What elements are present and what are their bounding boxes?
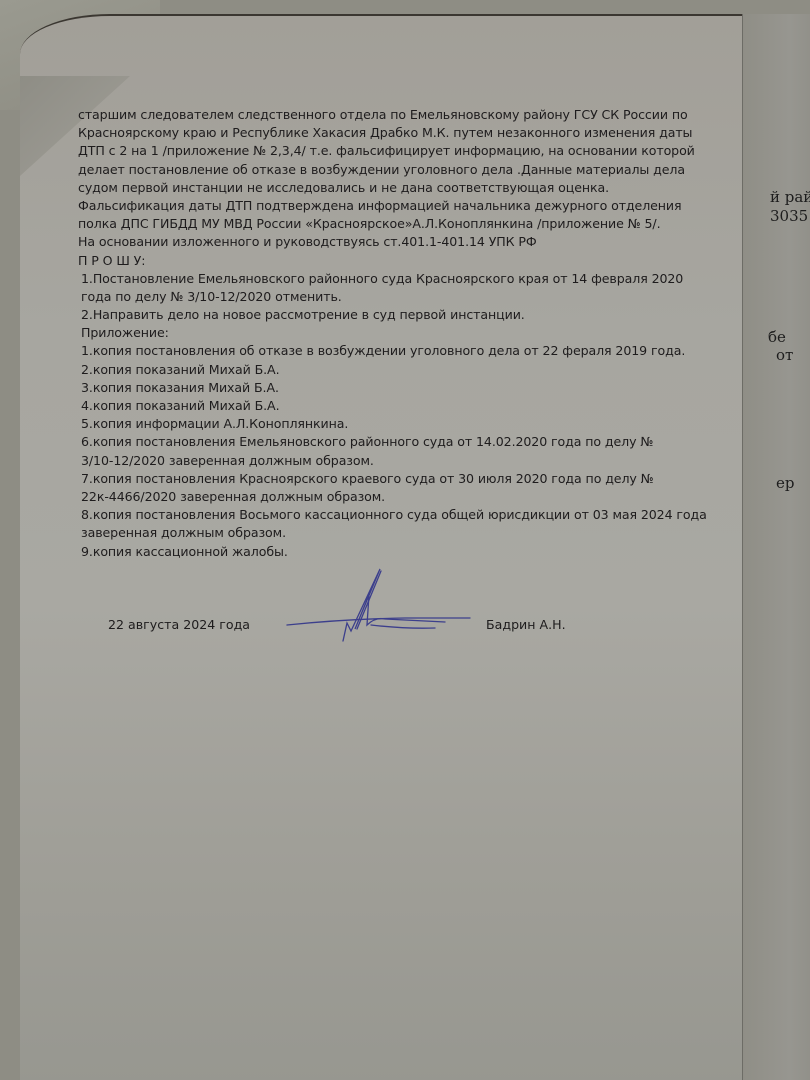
body-line: старшим следователем следственного отдел…	[78, 106, 738, 124]
body-line: делает постановление об отказе в возбужд…	[78, 161, 738, 179]
attachment-item: 1.копия постановления об отказе в возбуж…	[78, 342, 738, 360]
attachment-item: 7.копия постановления Красноярского крае…	[78, 470, 738, 488]
signatory-name: Бадрин А.Н.	[486, 617, 566, 632]
request-heading: П Р О Ш У:	[78, 252, 738, 270]
back-page-fragment: й рай	[770, 188, 810, 206]
body-line: ДТП с 2 на 1 /приложение № 2,3,4/ т.е. ф…	[78, 142, 738, 160]
attachment-item: 3.копия показания Михай Б.А.	[78, 379, 738, 397]
attachment-item: 2.копия показаний Михай Б.А.	[78, 361, 738, 379]
attachment-item: 9.копия кассационной жалобы.	[78, 543, 738, 561]
back-page-fragment: ер	[776, 474, 794, 492]
handwritten-signature	[285, 567, 485, 647]
underlying-page: й рай 3035 бе от ер	[742, 14, 810, 1080]
document-date: 22 августа 2024 года	[108, 617, 250, 632]
attachment-item: 6.копия постановления Емельяновского рай…	[78, 433, 738, 451]
body-line: Красноярскому краю и Республике Хакасия …	[78, 124, 738, 142]
attachment-item: 8.копия постановления Восьмого кассацион…	[78, 506, 738, 524]
body-line: Фальсификация даты ДТП подтверждена инфо…	[78, 197, 738, 215]
attachment-item: заверенная должным образом.	[78, 524, 738, 542]
attachment-item: 3/10-12/2020 заверенная должным образом.	[78, 452, 738, 470]
request-item: 1.Постановление Емельяновского районного…	[78, 270, 738, 288]
back-page-fragment: от	[776, 346, 793, 364]
body-line: На основании изложенного и руководствуяс…	[78, 233, 738, 251]
attachment-item: 22к-4466/2020 заверенная должным образом…	[78, 488, 738, 506]
attachment-item: 4.копия показаний Михай Б.А.	[78, 397, 738, 415]
request-item: года по делу № 3/10-12/2020 отменить.	[78, 288, 738, 306]
body-line: судом первой инстанции не исследовались …	[78, 179, 738, 197]
attachments-heading: Приложение:	[78, 324, 738, 342]
attachment-item: 5.копия информации А.Л.Коноплянкина.	[78, 415, 738, 433]
body-line: полка ДПС ГИБДД МУ МВД России «Красноярс…	[78, 215, 738, 233]
back-page-fragment: бе	[768, 328, 786, 346]
request-item: 2.Направить дело на новое рассмотрение в…	[78, 306, 738, 324]
back-page-fragment: 3035	[770, 207, 808, 225]
document-text: старшим следователем следственного отдел…	[78, 106, 738, 561]
